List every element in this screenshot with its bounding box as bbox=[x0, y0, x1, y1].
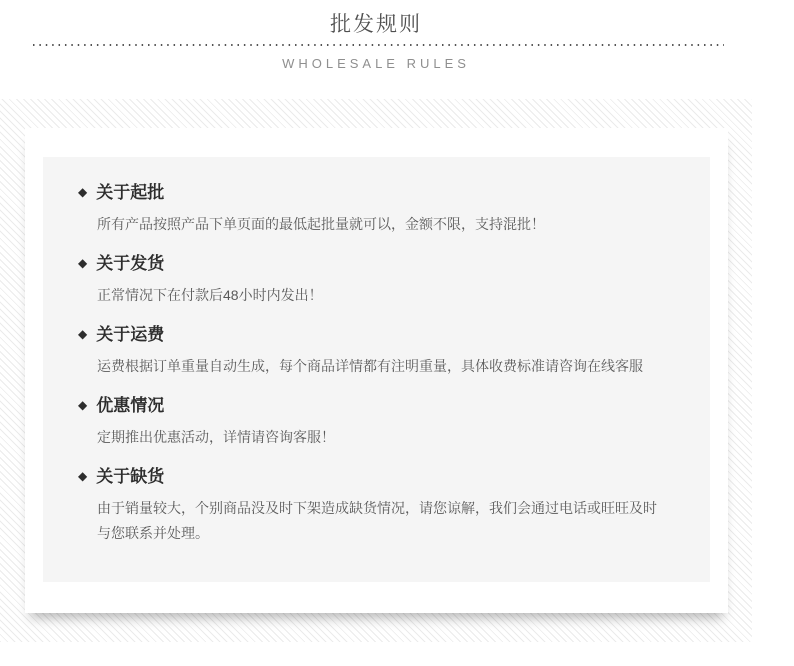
rule-heading: ◆ 关于运费 bbox=[78, 325, 670, 344]
rule-heading-label: 关于发货 bbox=[96, 254, 164, 273]
diamond-bullet-icon: ◆ bbox=[78, 183, 87, 202]
rule-item-shipping: ◆ 关于发货 正常情况下在付款后48小时内发出！ bbox=[78, 254, 670, 308]
rule-heading: ◆ 优惠情况 bbox=[78, 396, 670, 415]
diamond-bullet-icon: ◆ bbox=[78, 254, 87, 273]
wholesale-rules-page: 批发规则 WHOLESALE RULES ◆ 关于起批 所有产品按照产品下单页面… bbox=[0, 12, 752, 642]
hatched-banner: ◆ 关于起批 所有产品按照产品下单页面的最低起批量就可以，金额不限，支持混批！ … bbox=[0, 99, 752, 642]
rule-body-text: 由于销量较大，个别商品没及时下架造成缺货情况，请您谅解，我们会通过电话或旺旺及时… bbox=[97, 496, 670, 546]
page-subtitle: WHOLESALE RULES bbox=[0, 56, 752, 71]
page-title: 批发规则 bbox=[0, 12, 752, 37]
rule-item-freight: ◆ 关于运费 运费根据订单重量自动生成，每个商品详情都有注明重量，具体收费标准请… bbox=[78, 325, 670, 379]
page-header: 批发规则 WHOLESALE RULES bbox=[0, 12, 752, 71]
rule-body-text: 所有产品按照产品下单页面的最低起批量就可以，金额不限，支持混批！ bbox=[97, 212, 670, 237]
rules-panel: ◆ 关于起批 所有产品按照产品下单页面的最低起批量就可以，金额不限，支持混批！ … bbox=[25, 128, 728, 613]
rule-heading: ◆ 关于起批 bbox=[78, 183, 670, 202]
diamond-bullet-icon: ◆ bbox=[78, 325, 87, 344]
rule-item-out-of-stock: ◆ 关于缺货 由于销量较大，个别商品没及时下架造成缺货情况，请您谅解，我们会通过… bbox=[78, 467, 670, 546]
rule-body-text: 正常情况下在付款后48小时内发出！ bbox=[97, 283, 670, 308]
rule-body-text: 运费根据订单重量自动生成，每个商品详情都有注明重量，具体收费标准请咨询在线客服 bbox=[97, 354, 670, 379]
rule-item-discounts: ◆ 优惠情况 定期推出优惠活动，详情请咨询客服！ bbox=[78, 396, 670, 450]
dotted-divider bbox=[33, 44, 724, 46]
rule-heading-label: 关于起批 bbox=[96, 183, 164, 202]
rule-heading: ◆ 关于缺货 bbox=[78, 467, 670, 486]
rules-card: ◆ 关于起批 所有产品按照产品下单页面的最低起批量就可以，金额不限，支持混批！ … bbox=[43, 157, 710, 582]
diamond-bullet-icon: ◆ bbox=[78, 396, 87, 415]
rule-heading: ◆ 关于发货 bbox=[78, 254, 670, 273]
rule-heading-label: 关于运费 bbox=[96, 325, 164, 344]
rule-heading-label: 关于缺货 bbox=[96, 467, 164, 486]
rule-body-text: 定期推出优惠活动，详情请咨询客服！ bbox=[97, 425, 670, 450]
diamond-bullet-icon: ◆ bbox=[78, 467, 87, 486]
rule-item-min-order: ◆ 关于起批 所有产品按照产品下单页面的最低起批量就可以，金额不限，支持混批！ bbox=[78, 183, 670, 237]
rule-heading-label: 优惠情况 bbox=[96, 396, 164, 415]
